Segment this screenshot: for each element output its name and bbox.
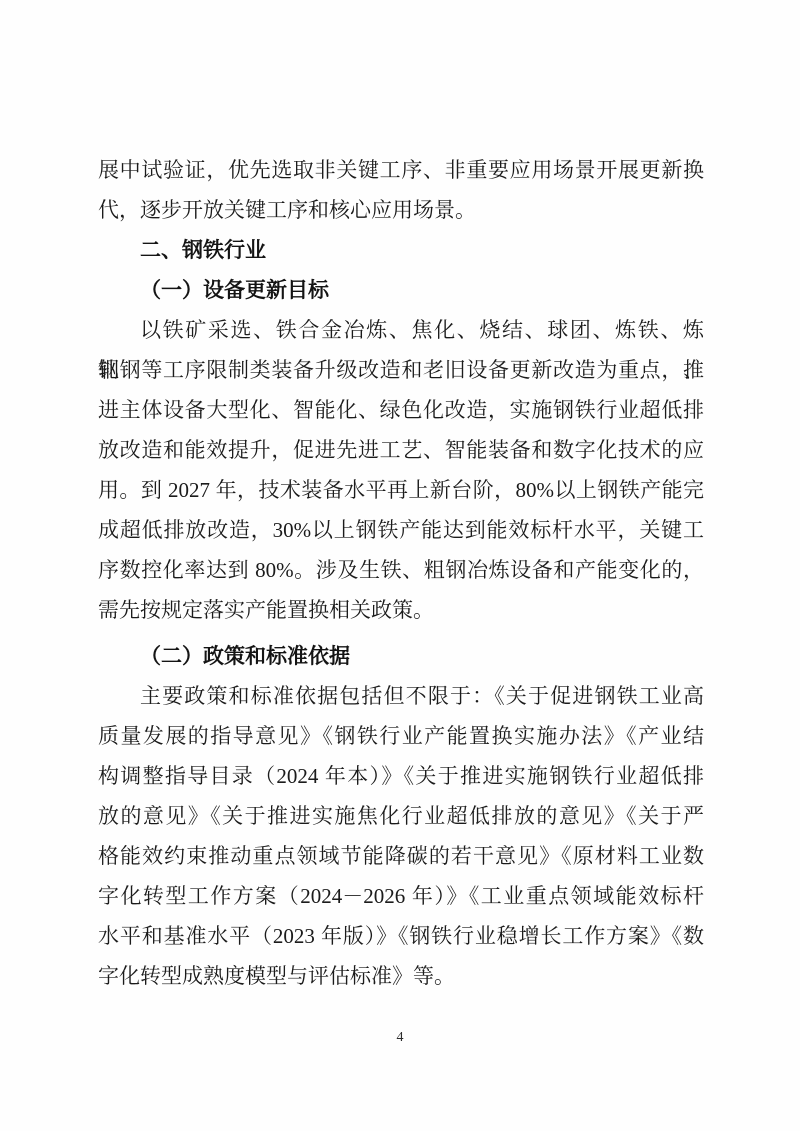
section-heading: 二、钢铁行业: [98, 230, 704, 270]
text-line: 以铁矿采选、铁合金冶炼、焦化、烧结、球团、炼铁、炼钢、: [98, 310, 704, 350]
document-page: 展中试验证，优先选取非关键工序、非重要应用场景开展更新换代，逐步开放关键工序和核…: [0, 0, 800, 1131]
text-line: 展中试验证，优先选取非关键工序、非重要应用场景开展更新换: [98, 150, 704, 190]
heading-line: 二、钢铁行业: [98, 230, 704, 270]
paragraph: 主要政策和标准依据包括但不限于：《关于促进钢铁工业高质量发展的指导意见》《钢铁行…: [98, 676, 704, 996]
text-line: 进主体设备大型化、智能化、绿色化改造，实施钢铁行业超低排: [98, 390, 704, 430]
text-line: 轧钢等工序限制类装备升级改造和老旧设备更新改造为重点，推: [98, 350, 704, 390]
text-line: 主要政策和标准依据包括但不限于：《关于促进钢铁工业高: [98, 676, 704, 716]
text-line: 水平和基准水平（2023 年版）》《钢铁行业稳增长工作方案》《数: [98, 916, 704, 956]
text-line: 字化转型成熟度模型与评估标准》等。: [98, 956, 704, 996]
paragraph: 以铁矿采选、铁合金冶炼、焦化、烧结、球团、炼铁、炼钢、轧钢等工序限制类装备升级改…: [98, 310, 704, 630]
text-line: 用。到 2027 年，技术装备水平再上新台阶，80%以上钢铁产能完: [98, 470, 704, 510]
text-line: 质量发展的指导意见》《钢铁行业产能置换实施办法》《产业结: [98, 716, 704, 756]
page-footer: 4: [0, 1030, 800, 1046]
text-line: 序数控化率达到 80%。涉及生铁、粗钢冶炼设备和产能变化的，: [98, 550, 704, 590]
text-line: 代，逐步开放关键工序和核心应用场景。: [98, 190, 704, 230]
section-heading: （一）设备更新目标: [98, 270, 704, 310]
text-line: 放改造和能效提升，促进先进工艺、智能装备和数字化技术的应: [98, 430, 704, 470]
text-line: 构调整指导目录（2024 年本）》《关于推进实施钢铁行业超低排: [98, 756, 704, 796]
document-body: 展中试验证，优先选取非关键工序、非重要应用场景开展更新换代，逐步开放关键工序和核…: [98, 150, 704, 996]
heading-line: （二）政策和标准依据: [98, 636, 704, 676]
text-line: 放的意见》《关于推进实施焦化行业超低排放的意见》《关于严: [98, 796, 704, 836]
text-line: 成超低排放改造，30%以上钢铁产能达到能效标杆水平，关键工: [98, 510, 704, 550]
text-line: 需先按规定落实产能置换相关政策。: [98, 590, 704, 630]
page-number: 4: [397, 1030, 404, 1045]
text-line: 字化转型工作方案（2024－2026 年）》《工业重点领域能效标杆: [98, 876, 704, 916]
section-heading: （二）政策和标准依据: [98, 636, 704, 676]
text-line: 格能效约束推动重点领域节能降碳的若干意见》《原材料工业数: [98, 836, 704, 876]
heading-line: （一）设备更新目标: [98, 270, 704, 310]
paragraph: 展中试验证，优先选取非关键工序、非重要应用场景开展更新换代，逐步开放关键工序和核…: [98, 150, 704, 230]
